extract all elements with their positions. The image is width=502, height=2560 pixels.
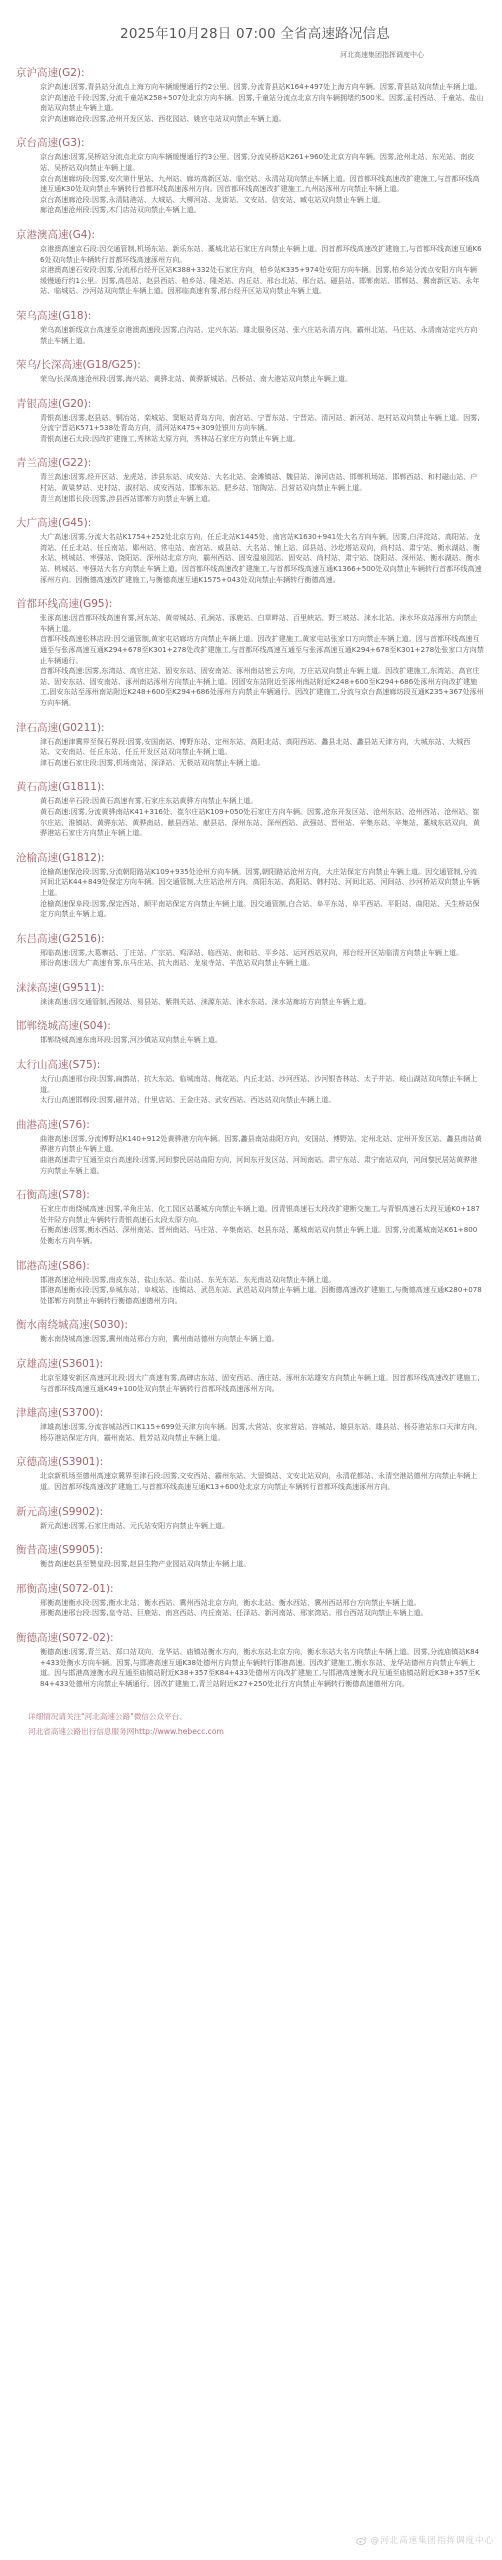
- road-condition-entry: 涞涞高速:因交通管制,西陵站、易县站、紫荆关站、涞源东站、涞水东站、涞水站廊坊方…: [40, 997, 494, 1008]
- road-title: 东吕高速(G2516):: [16, 932, 494, 947]
- road-title: 京台高速(G3):: [16, 136, 494, 151]
- road-condition-entry: 京沪高速廊沧段:因雾,沧州开发区站、西花园站、姚官屯站双向禁止车辆上道。: [40, 114, 494, 125]
- road-condition-entry: 京港澳高速京石段:因交通管制,机场东站、新乐东站、藁城北站石家庄方向禁止车辆上道…: [40, 244, 494, 265]
- road-section: 黄石高速(G1811):黄石高速辛石段:因黄石高速有雾,石家庄东站黄骅方向禁止车…: [16, 780, 494, 838]
- road-condition-entry: 邢衡高速邢台段:因雾,皇寺站、巨鹿站、南宫西站、内丘南站、任泽站、新河南站、邢家…: [40, 1608, 494, 1619]
- road-title: 邯郸绕城高速(S04):: [16, 1019, 494, 1034]
- road-condition-entry: 大广高速:因雾,分流大名站K1754+252处北京方向，任丘北站K1445处、南…: [40, 532, 494, 585]
- road-condition-entry: 京沪高速:因雾,青县站分流点上海方向车辆缓慢通行约2公里。因雾,分流青县站K16…: [40, 82, 494, 93]
- road-section: 荣乌高速(G18):荣乌高速新线京台高速至京港澳高速段:因雾,白沟站、定兴东站、…: [16, 309, 494, 346]
- road-condition-entry: 京港澳高速石安段:因雾,分流邢台经开区站K388+332处石家庄方向，柏乡站K3…: [40, 265, 494, 297]
- road-condition-entry: 京台高速:因雾,吴桥站分流点北京方向车辆缓慢通行约3公里。因雾,分流吴桥站K26…: [40, 152, 494, 173]
- road-section: 津石高速(G0211):津石高速津冀界至保石界段:因雾,安国南站、博野东站、定州…: [16, 721, 494, 769]
- road-title: 邯港高速(S86):: [16, 1259, 494, 1274]
- road-condition-entry: 邢汾高速:因大广高速有雾,东马庄站、抗大南站、龙泉寺站、羊范站双向禁止车辆上道。: [40, 958, 494, 969]
- road-title: 衡德高速(S072-02):: [16, 1631, 494, 1646]
- weibo-watermark: @河北高速集团指挥调度中心: [356, 2534, 494, 2546]
- footer-wechat-line: 详细情况请关注"河北高速公路"微信公众平台、: [28, 1709, 494, 1724]
- road-condition-entry: 荣乌高速新线京台高速至京港澳高速段:因雾,白沟站、定兴东站、雄北服务区站、张六庄…: [40, 325, 494, 346]
- road-section: 衡德高速(S072-02):衡德高速:因雾,青兰站、郑口站双向，龙华站、庙镇站衡…: [16, 1631, 494, 1689]
- road-title: 太行山高速(S75):: [16, 1058, 494, 1073]
- road-condition-entry: 衡昔高速赵县至赞皇段:因雾,赵县生物产业园站双向禁止车辆上道。: [40, 1559, 494, 1570]
- road-title: 青银高速(G20):: [16, 397, 494, 412]
- road-condition-entry: 津雄高速:因雾,分流容城站西口K115+699处天津方向车辆。因雾,大营站、皮家…: [40, 1422, 494, 1443]
- road-condition-entry: 青兰高速:因雾,经开区站、龙虎站、涉县东站、成安站、大名北站、金滩镇站、魏县站、…: [40, 472, 494, 493]
- road-section: 石衡高速(S78):石家庄市南绕城高速:因雾,羊角庄站、化工园区站藁城方向禁止车…: [16, 1188, 494, 1246]
- road-condition-entry: 邢临高速:因雾,大葛寨站、丁庄站、广宗站、鸡泽站、临西站、南和站、平乡站、运河西…: [40, 948, 494, 959]
- road-condition-entry: 青银高速:因雾,赵县站、铜冶站、栾城站、窦妪站青岛方向，南宫站、宁晋东站、宁晋站…: [40, 413, 494, 434]
- road-title: 石衡高速(S78):: [16, 1188, 494, 1203]
- road-title: 衡昔高速(S9905):: [16, 1543, 494, 1558]
- road-condition-entry: 荣乌/长深高速沧州段:因雾,海兴站、黄骅北站、黄骅新城站、吕桥站、南大港站双向禁…: [40, 374, 494, 385]
- road-section: 衡昔高速(S9905):衡昔高速赵县至赞皇段:因雾,赵县生物产业园站双向禁止车辆…: [16, 1543, 494, 1570]
- page-title: 2025年10月28日 07:00 全省高速路况信息: [16, 22, 494, 42]
- road-condition-entry: 黄石高速辛石段:因黄石高速有雾,石家庄东站黄骅方向禁止车辆上道。: [40, 796, 494, 807]
- road-section: 新元高速(S9902):新元高速:因雾,石家庄南站、元氏站安阳方向禁止车辆上道。: [16, 1505, 494, 1532]
- road-section: 京雄高速(S3601):北京至雄安新区高速河北段:因大广高速有雾,高碑店东站、固…: [16, 1357, 494, 1394]
- weibo-account-name: @河北高速集团指挥调度中心: [370, 2534, 494, 2546]
- road-condition-entry: 廊沧高速沧州段:因雾,木门店站双向禁止车辆上道。: [40, 205, 494, 216]
- road-condition-entry: 京台高速廊沧段:因雾,永清陆港站、大城站、大柳河站、龙街站、文安站、信安站、臧屯…: [40, 195, 494, 206]
- road-section: 沧榆高速(G1812):沧榆高速保沧段:因雾,分流朝阳路站K109+935处沧州…: [16, 851, 494, 920]
- road-section: 京沪高速(G2):京沪高速:因雾,青县站分流点上海方向车辆缓慢通行约2公里。因雾…: [16, 66, 494, 124]
- road-section: 京德高速(S3901):北京新机场至德州高速京冀界至津石段:因雾,文安西站、霸州…: [16, 1455, 494, 1492]
- road-condition-entry: 北京新机场至德州高速京冀界至津石段:因雾,文安西站、霸州东站、大留镇站、文安北站…: [40, 1471, 494, 1492]
- road-condition-entry: 邢衡高速衡水段:因雾,衡水北站、衡水西站、冀州西站北京方向，衡水北站、衡水西站、…: [40, 1598, 494, 1609]
- road-section: 津雄高速(S3700):津雄高速:因雾,分流容城站西口K115+699处天津方向…: [16, 1406, 494, 1443]
- weibo-icon: [356, 2536, 367, 2545]
- road-title: 涞涞高速(G9511):: [16, 981, 494, 996]
- road-section: 首都环线高速(G95):张涿高速:因首都环线高速有雾,河东站、黄帝城站、孔涧站、…: [16, 597, 494, 708]
- issuer-label: 河北高速集团指挥调度中心: [16, 50, 424, 60]
- road-condition-entry: 沧榆高速保沧段:因雾,分流朝阳路站K109+935处沧州方向车辆。因雾,朝阳路站…: [40, 867, 494, 899]
- road-title: 新元高速(S9902):: [16, 1505, 494, 1520]
- road-condition-entry: 津石高速石家庄段:因雾,机场南站、深泽站、无极站双向禁止车辆上道。: [40, 758, 494, 769]
- road-title: 邢衡高速(S072-01):: [16, 1582, 494, 1597]
- road-condition-entry: 青兰高速邯长段:因雾,涉县西站邯郸方向禁止车辆上道。: [40, 494, 494, 505]
- road-section: 邯港高速(S86):邯港高速沧州段:因雾,南皮东站、盐山东站、盐山站、东光东站、…: [16, 1259, 494, 1307]
- footer-website-line: 河北省高速公路出行信息服务网http://www.hebecc.com: [28, 1724, 494, 1739]
- road-section: 曲港高速(S76):曲港高速:因雾,分流博野站K140+912处黄骅港方向车辆。…: [16, 1118, 494, 1176]
- road-title: 京德高速(S3901):: [16, 1455, 494, 1470]
- road-condition-entry: 京沪高速沧千段:因雾,分流千童站K258+507处北京方向车辆。因雾,千童站分流…: [40, 93, 494, 114]
- road-condition-entry: 太行山高速邯郸段:因雾,磁井站、什里店站、王金庄站、武安西站、西达站双向禁止车辆…: [40, 1095, 494, 1106]
- road-condition-entry: 衡水南绕城高速:因雾,冀州南站邢台方向，冀州南站德州方向禁止车辆上道。: [40, 1334, 494, 1345]
- road-condition-entry: 曲港高速:因雾,分流博野站K140+912处黄骅港方向车辆。因雾,蠡县南站曲阳方…: [40, 1134, 494, 1155]
- road-section: 大广高速(G45):大广高速:因雾,分流大名站K1754+252处北京方向，任丘…: [16, 516, 494, 585]
- traffic-report-page: 2025年10月28日 07:00 全省高速路况信息 河北高速集团指挥调度中心 …: [0, 0, 502, 1739]
- road-condition-entry: 太行山高速邢台段:因雾,扁鹊站、抗大东站、临城南站、梅花站、内丘北站、沙河西站、…: [40, 1074, 494, 1095]
- road-condition-entry: 京台高速廊坊段:因雾,安次第什里站、九州站、廊坊高新区站、临空站、永清站双向禁止…: [40, 174, 494, 195]
- road-title: 京港澳高速(G4):: [16, 228, 494, 243]
- footer-notice: 详细情况请关注"河北高速公路"微信公众平台、 河北省高速公路出行信息服务网htt…: [28, 1709, 494, 1739]
- road-title: 京雄高速(S3601):: [16, 1357, 494, 1372]
- road-section: 青兰高速(G22):青兰高速:因雾,经开区站、龙虎站、涉县东站、成安站、大名北站…: [16, 456, 494, 504]
- road-section: 青银高速(G20):青银高速:因雾,赵县站、铜冶站、栾城站、窦妪站青岛方向，南宫…: [16, 397, 494, 445]
- road-section: 京台高速(G3):京台高速:因雾,吴桥站分流点北京方向车辆缓慢通行约3公里。因雾…: [16, 136, 494, 216]
- road-title: 黄石高速(G1811):: [16, 780, 494, 795]
- road-title: 首都环线高速(G95):: [16, 597, 494, 612]
- road-condition-entry: 北京至雄安新区高速河北段:因大广高速有雾,高碑店东站、固安西站、酒庄站、涿州东站…: [40, 1373, 494, 1394]
- road-section: 邯郸绕城高速(S04):邯郸绕城高速东南环段:因雾,河沙镇站双向禁止车辆上道。: [16, 1019, 494, 1046]
- road-title: 青兰高速(G22):: [16, 456, 494, 471]
- road-condition-entry: 曲港高速肃宁互通至京台高速段:因雾,河间黎民居站曲阳方向，河间东开发区站、河间南…: [40, 1155, 494, 1176]
- road-title: 京沪高速(G2):: [16, 66, 494, 81]
- road-condition-entry: 黄石高速:因雾,分流黄骅南站K41+316处、崔尔庄站K109+050处石家庄方…: [40, 807, 494, 839]
- road-title: 衡水南绕城高速(S030):: [16, 1318, 494, 1333]
- road-title: 沧榆高速(G1812):: [16, 851, 494, 866]
- road-section: 衡水南绕城高速(S030):衡水南绕城高速:因雾,冀州南站邢台方向，冀州南站德州…: [16, 1318, 494, 1345]
- road-condition-entry: 邯港高速衡水段:因雾,阜城东站、阜城站、连镇站、武邑东站、武邑站双向禁止车辆上道…: [40, 1285, 494, 1306]
- road-title: 曲港高速(S76):: [16, 1118, 494, 1133]
- road-condition-entry: 石家庄市南绕城高速:因雾,羊角庄站、化工园区站藁城方向禁止车辆上道。因青银高速石…: [40, 1204, 494, 1225]
- road-condition-entry: 张涿高速:因首都环线高速有雾,河东站、黄帝城站、孔涧站、涿鹿站、白草畔站、百里峡…: [40, 613, 494, 634]
- road-condition-entry: 首都环线高速松林店段:因交通管制,黄家屯站廊坊方向禁止车辆上道。因改扩建施工,黄…: [40, 634, 494, 666]
- road-sections: 京沪高速(G2):京沪高速:因雾,青县站分流点上海方向车辆缓慢通行约2公里。因雾…: [16, 66, 494, 1689]
- road-condition-entry: 新元高速:因雾,石家庄南站、元氏站安阳方向禁止车辆上道。: [40, 1521, 494, 1532]
- road-section: 荣乌/长深高速(G18/G25):荣乌/长深高速沧州段:因雾,海兴站、黄骅北站、…: [16, 358, 494, 385]
- road-section: 京港澳高速(G4):京港澳高速京石段:因交通管制,机场东站、新乐东站、藁城北站石…: [16, 228, 494, 297]
- road-condition-entry: 衡德高速:因雾,青兰站、郑口站双向，龙华站、庙镇站衡水方向，衡水东站北京方向，衡…: [40, 1647, 494, 1689]
- road-condition-entry: 沧榆高速保阜段:因雾,保定西站、顺平南站保定方向禁止车辆上道。因交通管制,白合站…: [40, 899, 494, 920]
- road-condition-entry: 邯郸绕城高速东南环段:因雾,河沙镇站双向禁止车辆上道。: [40, 1035, 494, 1046]
- road-condition-entry: 首都环线高速:因雾,东湾站、高官庄站、固安东站、固安南站、涿州南站密云方向，万庄…: [40, 666, 494, 708]
- road-title: 津雄高速(S3700):: [16, 1406, 494, 1421]
- road-section: 太行山高速(S75):太行山高速邢台段:因雾,扁鹊站、抗大东站、临城南站、梅花站…: [16, 1058, 494, 1106]
- road-title: 大广高速(G45):: [16, 516, 494, 531]
- road-section: 涞涞高速(G9511):涞涞高速:因交通管制,西陵站、易县站、紫荆关站、涞源东站…: [16, 981, 494, 1008]
- road-title: 荣乌高速(G18):: [16, 309, 494, 324]
- road-condition-entry: 石衡高速:因雾,衡水西站、深州南站、晋州南站、马庄站、辛集南站、赵县东站、藁城南…: [40, 1225, 494, 1246]
- road-condition-entry: 津石高速津冀界至保石界段:因雾,安国南站、博野东站、定州东站、高阳北站、高阳西站…: [40, 737, 494, 758]
- road-title: 荣乌/长深高速(G18/G25):: [16, 358, 494, 373]
- road-section: 东吕高速(G2516):邢临高速:因雾,大葛寨站、丁庄站、广宗站、鸡泽站、临西站…: [16, 932, 494, 969]
- road-title: 津石高速(G0211):: [16, 721, 494, 736]
- road-condition-entry: 邯港高速沧州段:因雾,南皮东站、盐山东站、盐山站、东光东站、东光南站双向禁止车辆…: [40, 1275, 494, 1286]
- road-section: 邢衡高速(S072-01):邢衡高速衡水段:因雾,衡水北站、衡水西站、冀州西站北…: [16, 1582, 494, 1619]
- road-condition-entry: 青银高速石太段:因改扩建施工,秀林站太原方向，秀林站石家庄方向禁止车辆上道。: [40, 434, 494, 445]
